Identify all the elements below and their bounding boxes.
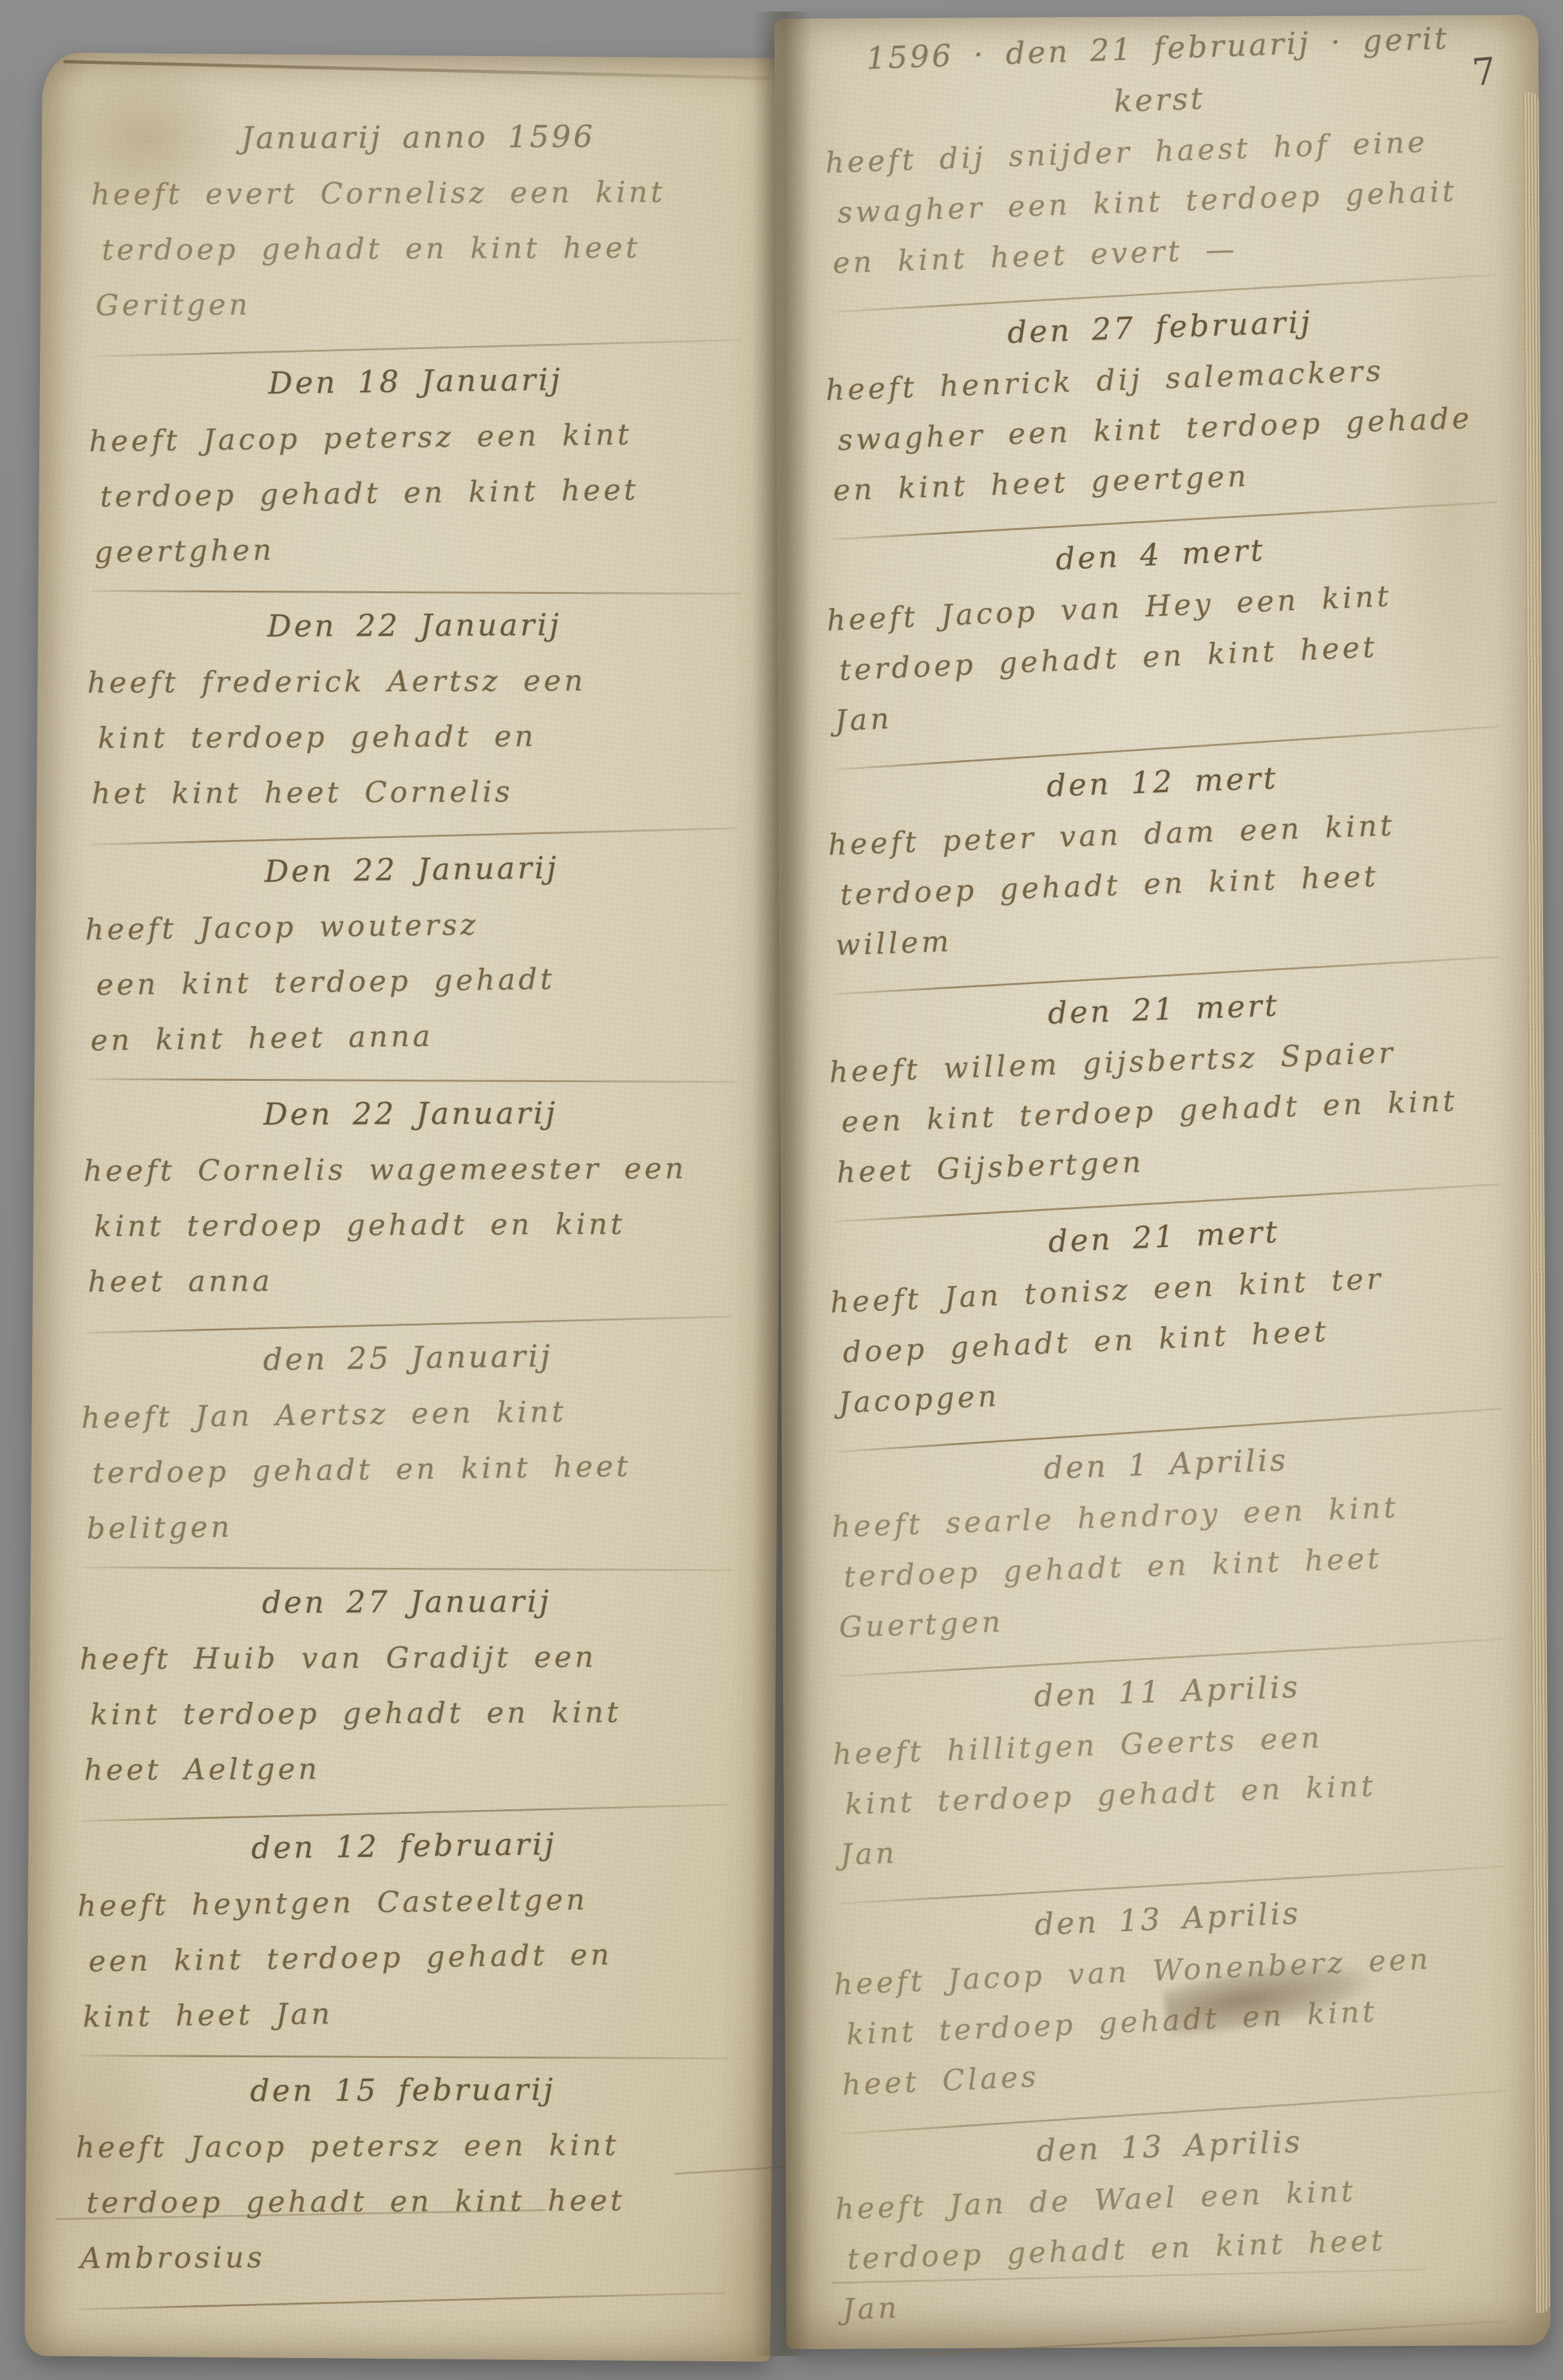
baptism-entry: den 1 Aprilisheeft searle hendroy een ki… [829, 1427, 1508, 1670]
entry-date-heading: den 12 februarij [77, 1814, 732, 1878]
entry-date-heading: den 25 Januarij [81, 1326, 735, 1390]
baptism-entry: den 13 Aprilisheeft Jan de Wael een kint… [833, 2109, 1512, 2352]
entry-date-heading: Januarij anno 1596 [91, 109, 745, 167]
baptism-entry: den 13 Aprilisheeft Jacop van Wonenberz … [831, 1879, 1512, 2128]
baptism-entry: den 27 februarijheeft henrick dij salema… [823, 290, 1502, 533]
entry-text-line: terdoep gehadt en kint heet [82, 1437, 737, 1501]
entry-text-line: terdoep gehadt en kint heet [90, 461, 744, 524]
entry-text-line: heeft heyntgen Casteeltgen [77, 1870, 732, 1934]
baptism-entry: den 21 mertheeft willem gijsbertsz Spaie… [827, 973, 1506, 1215]
entry-date-heading: Den 22 Januarij [87, 597, 741, 655]
entry-text-line: heeft Cornelis wagemeester een [84, 1141, 738, 1199]
baptism-entry: 1596 · den 21 februarij · gerit kersthee… [821, 12, 1502, 306]
top-ruled-line [63, 60, 770, 80]
entry-text-line: heet anna [84, 1252, 738, 1309]
baptism-entry: Den 18 Januarijheeft Jacop petersz een k… [88, 350, 746, 597]
baptism-entry: den 21 mertheeft Jan tonisz een kint ter… [827, 1197, 1508, 1445]
right-page: 7 1596 · den 21 februarij · gerit kersth… [775, 15, 1551, 2349]
entry-text-line: belitgen [82, 1492, 737, 1556]
entry-text-line: heet Aeltgen [80, 1740, 734, 1798]
entry-text-line: kint terdoep gehadt en [88, 708, 742, 766]
entry-text-line: kint terdoep gehadt en kint [84, 1196, 738, 1254]
baptism-entry: Den 22 Januarijheeft Cornelis wagemeeste… [83, 1085, 739, 1327]
folio-page-number: 7 [1470, 49, 1498, 95]
entry-text-line: heeft frederick Aertsz een [88, 652, 742, 710]
entry-text-line: en kint heet anna [86, 1004, 741, 1068]
entry-text-line: een kint terdoep gehadt [86, 949, 741, 1013]
baptism-entry: den 15 februarijheeft Jacop petersz een … [75, 2062, 731, 2303]
entry-text-line: heeft Jan Aertsz een kint [81, 1382, 736, 1445]
baptism-entry: den 27 Januarijheeft Huib van Gradijt ee… [79, 1574, 735, 1815]
entry-text-line: terdoep gehadt en kint heet [76, 2173, 730, 2231]
entry-text-line: het kint heet Cornelis [88, 763, 742, 821]
right-page-entries: 1596 · den 21 februarij · gerit kersthee… [775, 15, 1551, 2343]
baptism-entry: den 11 Aprilisheeft hillitgen Geerts een… [830, 1655, 1510, 1898]
entry-text-line: heeft Jacop petersz een kint [89, 405, 744, 469]
baptism-entry: Den 22 Januarijheeft frederick Aertsz ee… [87, 597, 743, 839]
baptism-entry: Januarij anno 1596heeft evert Cornelisz … [91, 109, 746, 350]
entry-date-heading: Den 22 Januarij [83, 1085, 737, 1143]
entry-text-line: heeft evert Cornelisz een kint [91, 164, 745, 222]
baptism-entry: den 12 mertheeft peter van dam een kintt… [826, 745, 1505, 988]
left-page: Januarij anno 1596heeft evert Cornelisz … [24, 53, 788, 2362]
entry-text-line: Geritgen [91, 275, 746, 333]
left-page-entries: Januarij anno 1596heeft evert Cornelisz … [25, 91, 788, 2305]
entry-text-line: een kint terdoep gehadt en [78, 1925, 733, 1989]
entry-text-line: terdoep gehadt en kint heet [91, 220, 746, 278]
entry-text-line: heeft Huib van Gradijt een [80, 1629, 734, 1687]
entry-text-line: Ambrosius [76, 2228, 730, 2286]
entry-date-heading: den 15 februarij [75, 2062, 730, 2120]
entry-date-heading: Den 18 Januarij [88, 350, 743, 414]
entry-date-heading: Den 22 Januarij [84, 838, 739, 902]
entry-date-heading: den 27 Januarij [79, 1574, 734, 1632]
baptism-entry: den 25 Januarijheeft Jan Aertsz een kint… [81, 1326, 738, 1574]
photograph-background: Januarij anno 1596heeft evert Cornelisz … [0, 0, 1563, 2380]
entry-text-line: geertghen [90, 516, 745, 580]
entry-text-line: kint heet Jan [79, 1981, 734, 2044]
baptism-entry: den 12 februarijheeft heyntgen Casteeltg… [77, 1814, 734, 2062]
entry-text-line: kint terdoep gehadt en kint [80, 1684, 734, 1742]
entry-text-line: heeft Jacop woutersz [85, 893, 740, 957]
baptism-entry: den 4 mertheeft Jacop van Hey een kintte… [824, 515, 1505, 763]
baptism-entry: Den 22 Januarijheeft Jacop wouterszeen k… [84, 838, 742, 1085]
entry-text-line: heeft Jacop petersz een kint [76, 2117, 730, 2175]
